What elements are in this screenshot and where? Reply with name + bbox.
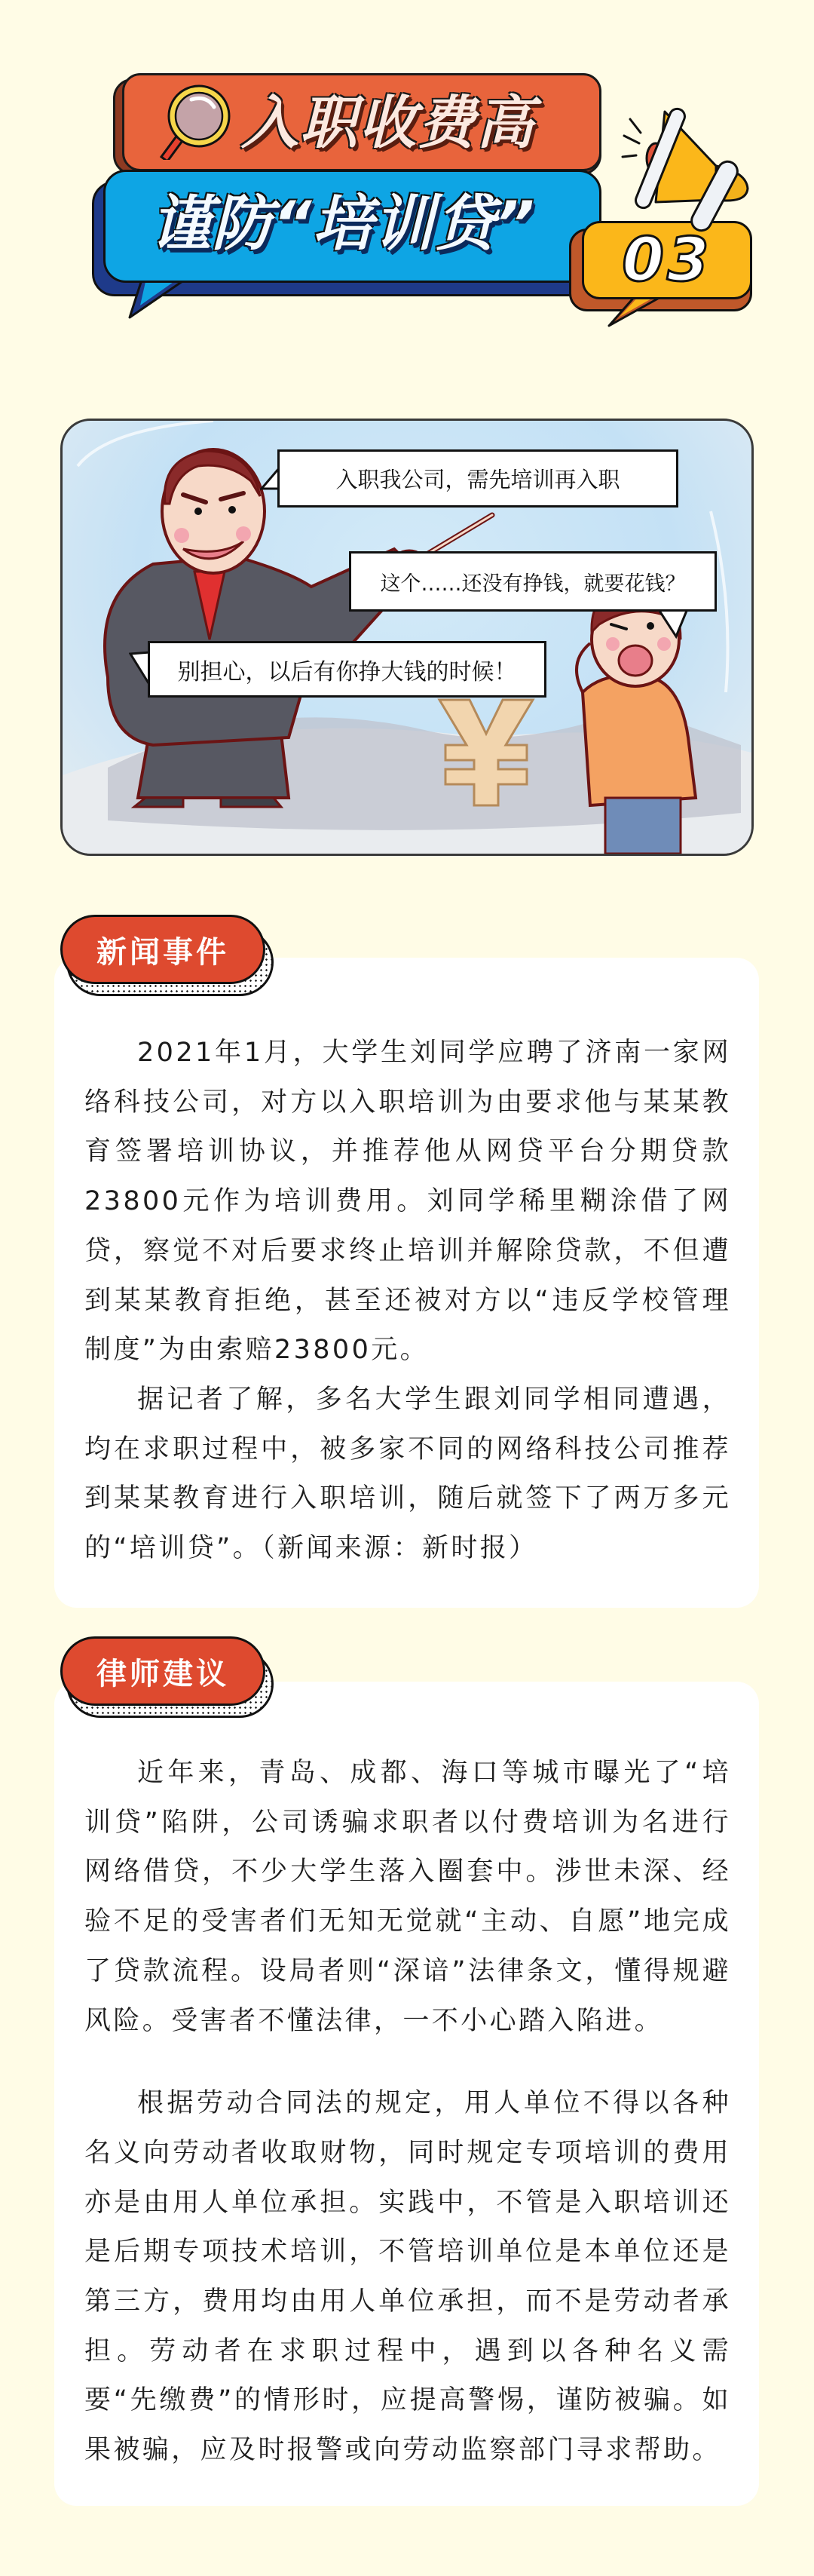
news-paragraph: 2021年1月，大学生刘同学应聘了济南一家网络科技公司，对方以入职培训为由要求他… — [84, 1029, 731, 1375]
news-badge: 新闻事件 — [60, 915, 279, 998]
news-badge-label: 新闻事件 — [60, 915, 265, 984]
title-line-2: 谨防“培训贷” — [151, 175, 588, 273]
megaphone-icon — [603, 83, 754, 245]
comic-illustration: 入职我公司，需先培训再入职 这个……还没有挣钱，就要花钱？ 别担心，以后有你挣大… — [60, 419, 754, 856]
speech-tail-2 — [658, 609, 688, 639]
title-line-1: 入职收费高 — [241, 81, 588, 164]
lawyer-badge-label: 律师建议 — [60, 1636, 265, 1706]
lawyer-body: 近年来，青岛、成都、海口等城市曝光了“培训贷”陷阱，公司诱骗求职者以付费培训为名… — [84, 1749, 731, 2476]
lawyer-paragraph: 近年来，青岛、成都、海口等城市曝光了“培训贷”陷阱，公司诱骗求职者以付费培训为名… — [84, 1749, 731, 2046]
lawyer-badge: 律师建议 — [60, 1636, 279, 1719]
speech-bubble-employer-2: 别担心，以后有你挣大钱的时候！ — [148, 641, 546, 698]
lawyer-paragraph: 根据劳动合同法的规定，用人单位不得以各种名义向劳动者收取财物，同时规定专项培训的… — [84, 2079, 731, 2476]
speech-bubble-employer-1: 入职我公司，需先培训再入职 — [277, 449, 678, 508]
news-paragraph: 据记者了解，多名大学生跟刘同学相同遭遇，均在求职过程中，被多家不同的网络科技公司… — [84, 1375, 731, 1574]
magnifying-glass-icon — [155, 81, 234, 160]
speech-bubble-job-seeker: 这个……还没有挣钱，就要花钱？ — [349, 551, 717, 612]
news-body: 2021年1月，大学生刘同学应聘了济南一家网络科技公司，对方以入职培训为由要求他… — [84, 1029, 731, 1574]
